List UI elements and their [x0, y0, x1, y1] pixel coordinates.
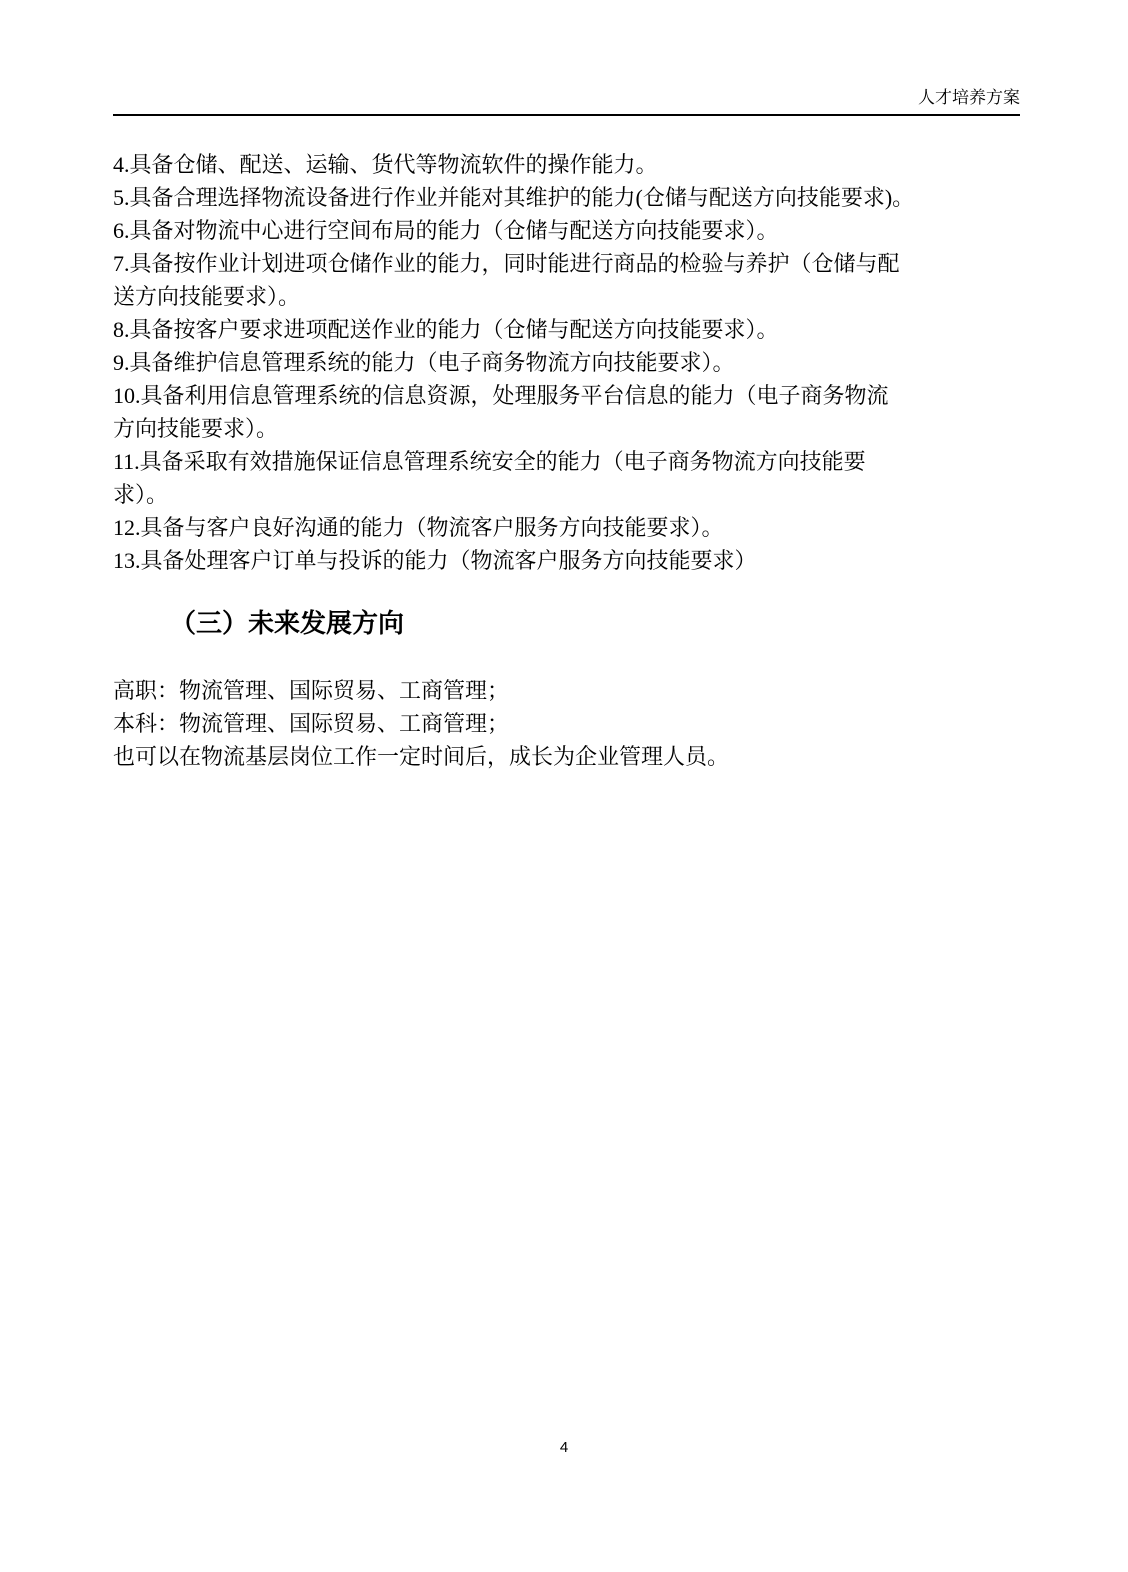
list-item: 6.具备对物流中心进行空间布局的能力（仓储与配送方向技能要求）。	[113, 214, 1020, 247]
paragraph: 高职：物流管理、国际贸易、工商管理；	[113, 674, 1020, 707]
page-content: 人才培养方案 4.具备仓储、配送、运输、货代等物流软件的操作能力。 5.具备合理…	[113, 86, 1020, 773]
list-item: 4.具备仓储、配送、运输、货代等物流软件的操作能力。	[113, 148, 1020, 181]
list-item-line: 8.具备按客户要求进项配送作业的能力（仓储与配送方向技能要求）。	[113, 317, 779, 342]
list-item-line: 送方向技能要求）。	[113, 280, 1020, 313]
list-item: 12.具备与客户良好沟通的能力（物流客户服务方向技能要求）。	[113, 511, 1020, 544]
list-item: 9.具备维护信息管理系统的能力（电子商务物流方向技能要求）。	[113, 346, 1020, 379]
list-item: 5.具备合理选择物流设备进行作业并能对其维护的能力(仓储与配送方向技能要求)。	[113, 181, 1020, 214]
list-item-line: 4.具备仓储、配送、运输、货代等物流软件的操作能力。	[113, 152, 658, 177]
paragraph: 本科：物流管理、国际贸易、工商管理；	[113, 707, 1020, 740]
development-paragraphs: 高职：物流管理、国际贸易、工商管理； 本科：物流管理、国际贸易、工商管理； 也可…	[113, 674, 1020, 773]
list-item-line: 求）。	[113, 478, 1020, 511]
page-number: 4	[560, 1439, 568, 1456]
list-item-line: 13.具备处理客户订单与投诉的能力（物流客户服务方向技能要求）	[113, 548, 757, 573]
list-item-line: 11.具备采取有效措施保证信息管理系统安全的能力（电子商务物流方向技能要	[113, 445, 1020, 478]
list-item-line: 9.具备维护信息管理系统的能力（电子商务物流方向技能要求）。	[113, 350, 735, 375]
list-item: 8.具备按客户要求进项配送作业的能力（仓储与配送方向技能要求）。	[113, 313, 1020, 346]
section-heading: （三）未来发展方向	[113, 608, 1020, 638]
document-page: 人才培养方案 4.具备仓储、配送、运输、货代等物流软件的操作能力。 5.具备合理…	[0, 0, 1128, 1572]
list-item-line: 12.具备与客户良好沟通的能力（物流客户服务方向技能要求）。	[113, 515, 724, 540]
header-rule	[113, 114, 1020, 116]
requirements-list: 4.具备仓储、配送、运输、货代等物流软件的操作能力。 5.具备合理选择物流设备进…	[113, 148, 1020, 577]
list-item: 13.具备处理客户订单与投诉的能力（物流客户服务方向技能要求）	[113, 544, 1020, 577]
paragraph: 也可以在物流基层岗位工作一定时间后，成长为企业管理人员。	[113, 740, 1020, 773]
page-footer: 4	[0, 1438, 1128, 1458]
list-item-line: 方向技能要求）。	[113, 412, 1020, 445]
list-item-line: 7.具备按作业计划进项仓储作业的能力，同时能进行商品的检验与养护（仓储与配	[113, 247, 1020, 280]
header-title: 人才培养方案	[113, 86, 1020, 110]
list-item-line: 5.具备合理选择物流设备进行作业并能对其维护的能力(仓储与配送方向技能要求)。	[113, 185, 914, 210]
list-item-line: 10.具备利用信息管理系统的信息资源，处理服务平台信息的能力（电子商务物流	[113, 379, 1020, 412]
list-item-line: 6.具备对物流中心进行空间布局的能力（仓储与配送方向技能要求）。	[113, 218, 779, 243]
